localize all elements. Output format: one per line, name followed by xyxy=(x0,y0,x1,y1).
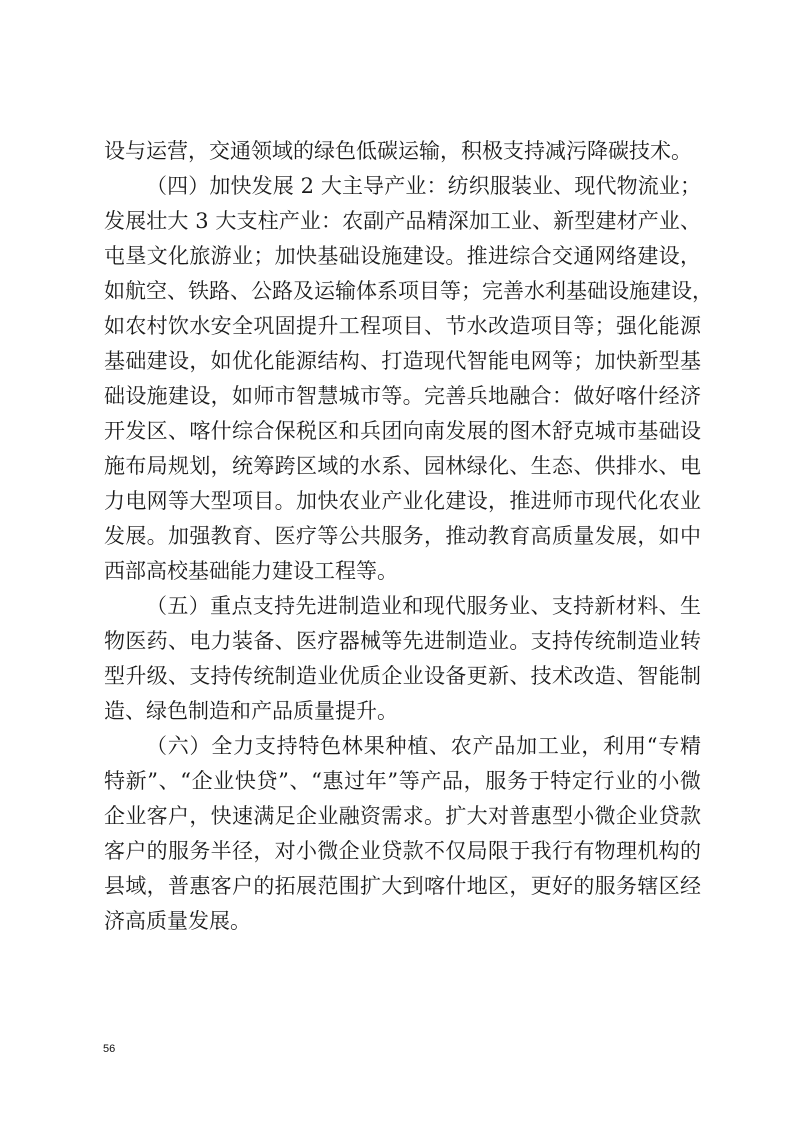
text-line: 县域，普惠客户的拓展范围扩大到喀什地区，更好的服务辖区经 xyxy=(104,869,701,904)
page-number: 56 xyxy=(103,1043,115,1055)
text-line: 特新”、“企业快贷”、“惠过年”等产品，服务于特定行业的小微 xyxy=(104,764,701,799)
body-text: 设与运营，交通领域的绿色低碳运输，积极支持减污降碳技术。 （四）加快发展 2 大… xyxy=(104,134,704,939)
text-line: 力电网等大型项目。加快农业产业化建设，推进师市现代化农业 xyxy=(104,484,701,519)
paragraph-item-6-heading-line: （六）全力支持特色林果种植、农产品加工业，利用“专精 xyxy=(104,729,701,764)
text-line: 发展壮大 3 大支柱产业：农副产品精深加工业、新型建材产业、 xyxy=(104,204,701,239)
text-line: 发展。加强教育、医疗等公共服务，推动教育高质量发展，如中 xyxy=(104,519,701,554)
text-line: 造、绿色制造和产品质量提升。 xyxy=(104,694,701,729)
text-line: 如农村饮水安全巩固提升工程项目、节水改造项目等；强化能源 xyxy=(104,309,701,344)
text-line: 础设施建设，如师市智慧城市等。完善兵地融合：做好喀什经济 xyxy=(104,379,701,414)
paragraph-item-4-heading-line: （四）加快发展 2 大主导产业：纺织服装业、现代物流业； xyxy=(104,169,701,204)
text-line: 西部高校基础能力建设工程等。 xyxy=(104,554,701,589)
document-page: 设与运营，交通领域的绿色低碳运输，积极支持减污降碳技术。 （四）加快发展 2 大… xyxy=(0,0,793,1122)
text-line: 物医药、电力装备、医疗器械等先进制造业。支持传统制造业转 xyxy=(104,624,701,659)
text-line: 济高质量发展。 xyxy=(104,904,701,939)
paragraph-item-5-heading-line: （五）重点支持先进制造业和现代服务业、支持新材料、生 xyxy=(104,589,701,624)
text-line: 开发区、喀什综合保税区和兵团向南发展的图木舒克城市基础设 xyxy=(104,414,701,449)
text-line: 客户的服务半径，对小微企业贷款不仅局限于我行有物理机构的 xyxy=(104,834,701,869)
text-line: 设与运营，交通领域的绿色低碳运输，积极支持减污降碳技术。 xyxy=(104,134,701,169)
text-line: 施布局规划，统筹跨区域的水系、园林绿化、生态、供排水、电 xyxy=(104,449,701,484)
text-line: 型升级、支持传统制造业优质企业设备更新、技术改造、智能制 xyxy=(104,659,701,694)
text-line: 基础建设，如优化能源结构、打造现代智能电网等；加快新型基 xyxy=(104,344,701,379)
text-line: 企业客户，快速满足企业融资需求。扩大对普惠型小微企业贷款 xyxy=(104,799,701,834)
text-line: 如航空、铁路、公路及运输体系项目等；完善水利基础设施建设， xyxy=(104,274,701,309)
text-line: 屯垦文化旅游业；加快基础设施建设。推进综合交通网络建设， xyxy=(104,239,701,274)
